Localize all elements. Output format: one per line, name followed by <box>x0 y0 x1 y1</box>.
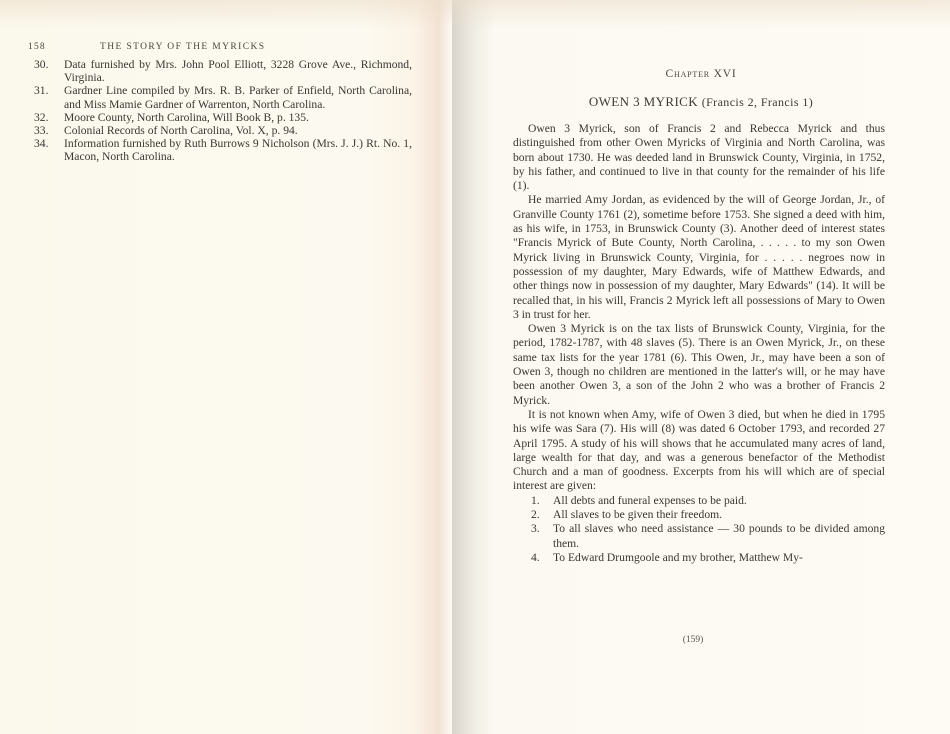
footnote-text: Gardner Line compiled by Mrs. R. B. Park… <box>64 84 412 110</box>
footnote: 30. Data furnished by Mrs. John Pool Ell… <box>34 58 412 84</box>
will-item-number: 4. <box>531 551 553 565</box>
footnote: 33. Colonial Records of North Carolina, … <box>34 124 412 137</box>
footnote: 31. Gardner Line compiled by Mrs. R. B. … <box>34 84 412 110</box>
body-paragraph: He married Amy Jordan, as evidenced by t… <box>513 193 885 322</box>
chapter-title-main: OWEN 3 MYRICK <box>589 94 698 109</box>
right-page-number-text: (159) <box>683 635 704 645</box>
footnote-number: 34. <box>34 137 64 163</box>
chapter-title-lineage: (Francis 2, Francis 1) <box>702 95 813 109</box>
left-page-number: 158 <box>28 42 46 52</box>
will-item-text: To all slaves who need assistance — 30 p… <box>553 522 885 551</box>
body-paragraph: It is not known when Amy, wife of Owen 3… <box>513 408 885 494</box>
footnote: 32. Moore County, North Carolina, Will B… <box>34 111 412 124</box>
will-item-number: 3. <box>531 522 553 551</box>
body-paragraph: Owen 3 Myrick is on the tax lists of Bru… <box>513 322 885 408</box>
chapter-label: Chapter XVI <box>452 68 950 80</box>
will-item-number: 1. <box>531 494 553 508</box>
will-item-text: All slaves to be given their freedom. <box>553 508 885 522</box>
footnote-text: Data furnished by Mrs. John Pool Elliott… <box>64 58 412 84</box>
running-head-title: The Story of the Myricks <box>100 42 265 52</box>
footnote-number: 31. <box>34 84 64 110</box>
footnote-number: 30. <box>34 58 64 84</box>
footnote-number: 32. <box>34 111 64 124</box>
footnote-text: Information furnished by Ruth Burrows 9 … <box>64 137 412 163</box>
footnote-number: 33. <box>34 124 64 137</box>
will-excerpts-list: 1. All debts and funeral expenses to be … <box>513 494 885 565</box>
will-item: 4. To Edward Drumgoole and my brother, M… <box>531 551 885 565</box>
footnote-text: Colonial Records of North Carolina, Vol.… <box>64 124 412 137</box>
will-item-number: 2. <box>531 508 553 522</box>
chapter-body: Owen 3 Myrick, son of Francis 2 and Rebe… <box>513 122 885 565</box>
will-item: 1. All debts and funeral expenses to be … <box>531 494 885 508</box>
will-item: 2. All slaves to be given their freedom. <box>531 508 885 522</box>
book-spread: 158 The Story of the Myricks 30. Data fu… <box>0 0 950 734</box>
footnote-text: Moore County, North Carolina, Will Book … <box>64 111 412 124</box>
footnote: 34. Information furnished by Ruth Burrow… <box>34 137 412 163</box>
body-paragraph: Owen 3 Myrick, son of Francis 2 and Rebe… <box>513 122 885 193</box>
chapter-title: OWEN 3 MYRICK (Francis 2, Francis 1) <box>452 94 950 110</box>
will-item-text: All debts and funeral expenses to be pai… <box>553 494 885 508</box>
will-item: 3. To all slaves who need assistance — 3… <box>531 522 885 551</box>
right-page-number: (159) <box>452 635 950 645</box>
will-item-text: To Edward Drumgoole and my brother, Matt… <box>553 551 885 565</box>
footnotes-list: 30. Data furnished by Mrs. John Pool Ell… <box>34 58 412 164</box>
